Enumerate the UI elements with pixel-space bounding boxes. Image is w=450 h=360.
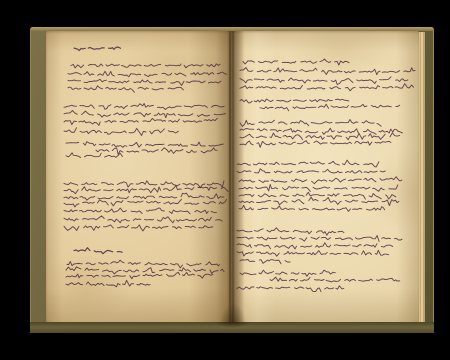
handwriting-line: [237, 169, 385, 173]
handwriting-line: [64, 181, 224, 188]
handwriting-line: [64, 225, 213, 231]
handwriting-line: [64, 128, 178, 136]
book-cover-bottom-edge: [30, 322, 434, 333]
handwriting-line: [243, 59, 349, 65]
handwriting-line: [71, 64, 220, 68]
handwriting-line: [64, 111, 226, 118]
handwriting-line: [64, 186, 228, 194]
left-page: [46, 31, 229, 323]
handwriting-line: [240, 68, 415, 75]
handwriting-line: [64, 193, 224, 200]
handwriting-line: [64, 216, 222, 223]
handwriting-line: [240, 141, 391, 148]
handwriting-line: [67, 260, 220, 268]
handwriting-line: [68, 86, 183, 92]
handwriting-line: [237, 228, 344, 235]
handwriting-line: [64, 199, 227, 207]
handwriting-line: [270, 277, 400, 282]
handwriting-line: [237, 243, 393, 249]
handwriting-line: [239, 205, 385, 211]
handwriting-line: [240, 270, 335, 276]
handwriting-line: [239, 197, 399, 206]
handwriting-line: [237, 160, 379, 167]
handwriting-line: [240, 77, 408, 85]
handwriting-line: [239, 192, 396, 199]
handwriting-line: [64, 208, 216, 214]
handwriting-line: [237, 286, 344, 292]
handwriting-line: [237, 236, 402, 242]
handwriting-line: [66, 142, 223, 148]
left-page-handwriting: [46, 31, 229, 323]
handwriting-line: [239, 177, 402, 184]
handwriting-line: [68, 71, 227, 76]
handwriting-line: [240, 84, 414, 91]
right-page-handwriting: [231, 31, 419, 323]
handwriting-line: [237, 250, 389, 256]
handwriting-line: [66, 267, 224, 274]
handwriting-line: [64, 104, 224, 110]
handwriting-line: [240, 128, 402, 134]
handwriting-line: [96, 148, 217, 155]
handwriting-line: [260, 104, 400, 111]
handwriting-heading-line: [74, 248, 122, 254]
handwriting-line: [239, 185, 398, 192]
handwriting-line: [68, 79, 221, 85]
handwriting-line: [66, 280, 150, 287]
right-page: [231, 31, 419, 323]
handwriting-heading-line: [74, 47, 121, 51]
handwriting-line: [240, 99, 349, 103]
handwriting-line: [240, 120, 381, 127]
page-edge-stack-right: [419, 32, 425, 325]
book: [30, 27, 434, 333]
photo-background: [0, 0, 450, 360]
handwriting-line: [66, 153, 122, 158]
handwriting-line: [66, 272, 213, 278]
handwriting-line: [240, 260, 290, 264]
handwriting-line: [64, 118, 217, 125]
